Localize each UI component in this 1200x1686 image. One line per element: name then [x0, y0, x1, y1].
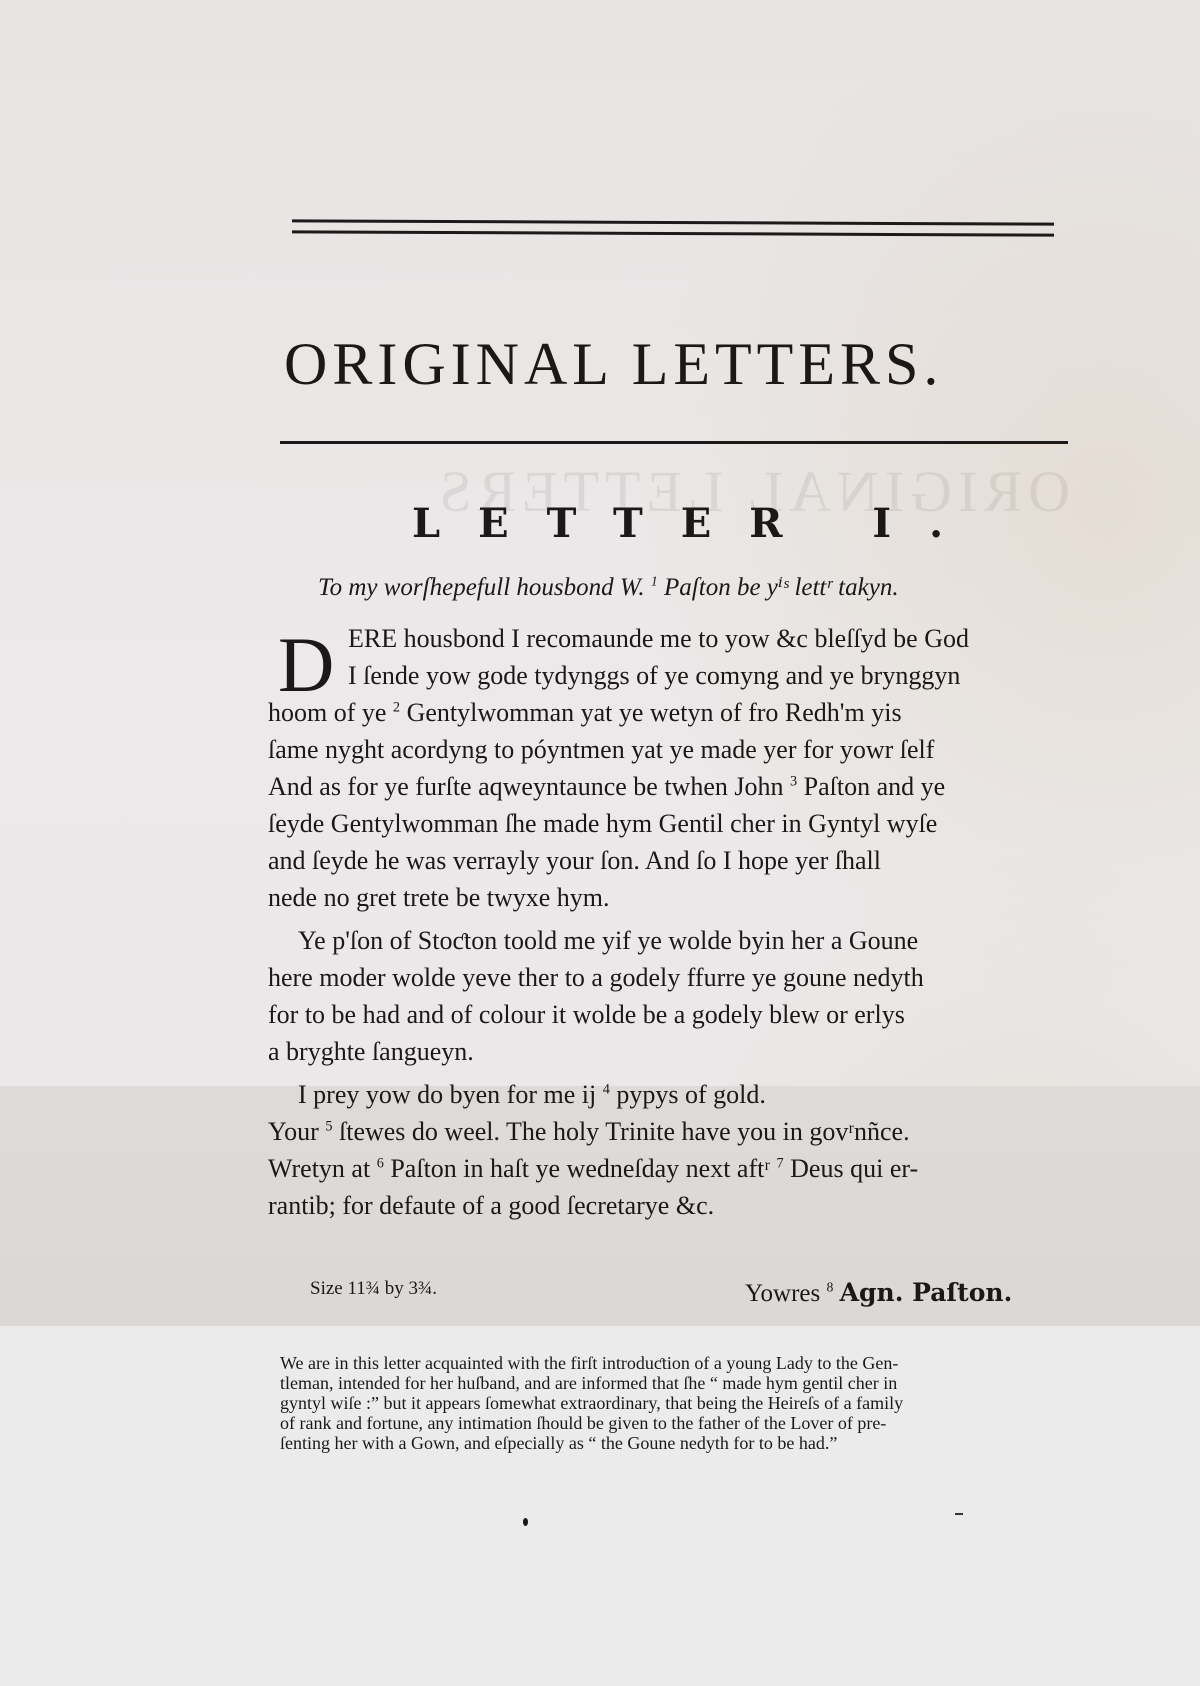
body-line: and ſeyde he was verrayly your ſon. And …: [268, 842, 1058, 879]
ink-speck: [523, 1518, 528, 1526]
note-line: tleman, intended for her huſband, and ar…: [280, 1373, 1040, 1393]
body-line: hoom of ye 2 Gentylwomman yat ye wetyn o…: [268, 694, 1058, 731]
letter-body: ERE housbond I recomaunde me to yow &c b…: [268, 620, 1058, 1224]
body-line: I prey yow do byen for me ij 4 pypys of …: [268, 1076, 1058, 1113]
footnote-marker: 5: [325, 1118, 332, 1134]
footnote-marker: 6: [377, 1155, 384, 1171]
body-line: ſame nyght acordyng to póyntmen yat ye m…: [268, 731, 1058, 768]
footnote-marker: 4: [603, 1081, 610, 1097]
body-line: I ſende yow gode tydynggs of ye comyng a…: [268, 657, 1058, 694]
body-line: Your 5 ſtewes do weel. The holy Trinite …: [268, 1113, 1058, 1150]
note-line: We are in this letter acquainted with th…: [280, 1353, 1040, 1373]
body-line: rantib; for defaute of a good ſecretarye…: [268, 1187, 1058, 1224]
body-line: here moder wolde yeve ther to a godely f…: [268, 959, 1058, 996]
page-title: ORIGINAL LETTERS.: [284, 330, 1074, 399]
body-line: Ye p'ſon of Stoƈton toold me yif ye wold…: [268, 922, 1058, 959]
scanned-page: ORIGINAL LETTERS. ORIGINAL LETTERS LETTE…: [0, 0, 1200, 1686]
signature: Yowres 8 Agn. Paſton.: [745, 1278, 1012, 1308]
ink-dash: [955, 1513, 963, 1515]
body-line: a bryghte ſangueyn.: [268, 1033, 1058, 1070]
footnote-marker: 1: [651, 574, 658, 589]
editorial-note: We are in this letter acquainted with th…: [280, 1353, 1040, 1453]
letter-heading: LETTER I.: [412, 500, 981, 547]
footnote-marker: 8: [827, 1280, 834, 1295]
footnote-marker: 3: [790, 773, 797, 789]
double-rule: [292, 221, 1054, 243]
body-line: ERE housbond I recomaunde me to yow &c b…: [268, 620, 1058, 657]
body-line: Wretyn at 6 Paſton in haſt ye wedneſday …: [268, 1150, 1058, 1187]
size-note: Size 11¾ by 3¾.: [310, 1278, 437, 1300]
signature-name: Agn. Paſton.: [840, 1278, 1013, 1307]
body-line: And as for ye furſte aqweyntaunce be twh…: [268, 768, 1058, 805]
note-line: gyntyl wiſe :” but it appears ſomewhat e…: [280, 1393, 1040, 1413]
title-rule: [280, 441, 1068, 444]
letter-address: To my worſhepefull housbond W. 1 Paſton …: [318, 572, 899, 602]
body-line: ſeyde Gentylwomman ſhe made hym Gentil c…: [268, 805, 1058, 842]
footnote-marker: 2: [393, 699, 400, 715]
footnote-marker: 7: [777, 1155, 784, 1171]
note-line: ſenting her with a Gown, and eſpecially …: [280, 1433, 1040, 1453]
note-line: of rank and fortune, any intimation ſhou…: [280, 1413, 1040, 1433]
body-line: for to be had and of colour it wolde be …: [268, 996, 1058, 1033]
body-line: nede no gret trete be twyxe hym.: [268, 879, 1058, 916]
